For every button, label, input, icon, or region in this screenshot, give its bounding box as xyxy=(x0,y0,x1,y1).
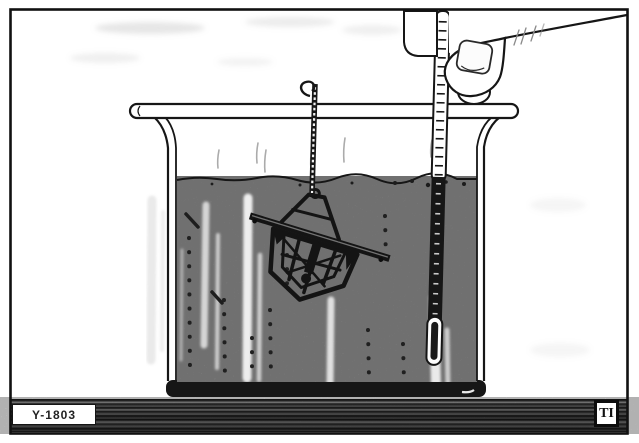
beaker-bottom xyxy=(166,380,486,397)
support-rod xyxy=(130,104,518,118)
wooden-bench xyxy=(11,399,627,432)
caption-label: Y-1803 xyxy=(32,408,76,422)
figure-y1803: Y-1803 TI xyxy=(0,0,639,443)
index-finger xyxy=(404,11,437,56)
thumbnail xyxy=(456,39,494,74)
caption-box: Y-1803 xyxy=(12,404,96,425)
corner-mark: TI xyxy=(599,406,614,422)
corner-mark-box: TI xyxy=(594,400,619,427)
illustration-canvas xyxy=(0,0,639,443)
